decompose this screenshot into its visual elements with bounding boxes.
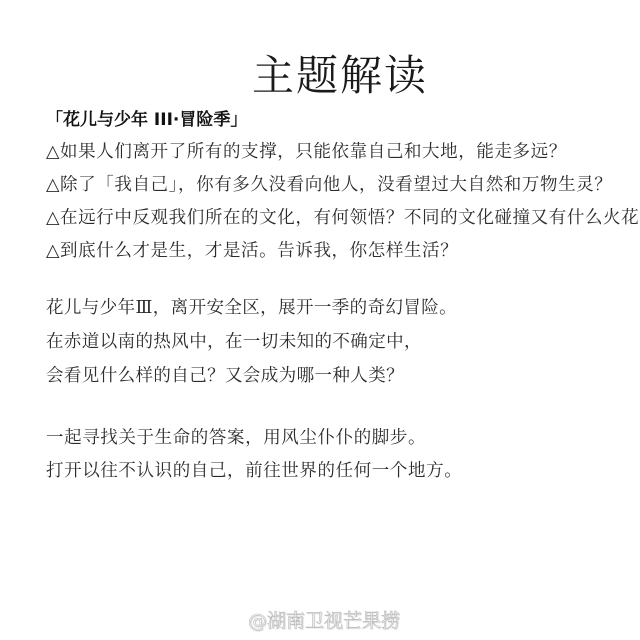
question-line: △到底什么才是生，才是活。告诉我，你怎样生活？ — [46, 239, 458, 263]
question-line: △如果人们离开了所有的支撑，只能依靠自己和大地，能走多远？ — [46, 140, 567, 164]
paragraph-line: 会看见什么样的自己？又会成为哪一种人类？ — [46, 364, 404, 388]
paragraph-line: 花儿与少年Ⅲ，离开安全区，展开一季的奇幻冒险。 — [46, 296, 457, 320]
paragraph-line: 一起寻找关于生命的答案，用风尘仆仆的脚步。 — [46, 426, 426, 450]
page-title: 主题解读 — [0, 48, 640, 104]
paragraph-line: 打开以往不认识的自己，前往世界的任何一个地方。 — [46, 459, 462, 483]
show-subtitle: 「花儿与少年 III·冒险季」 — [46, 108, 247, 132]
paragraph-line: 在赤道以南的热风中，在一切未知的不确定中， — [46, 330, 422, 354]
question-line: △除了「我自己」，你有多久没看向他人，没看望过大自然和万物生灵？ — [46, 173, 612, 197]
question-line: △在远行中反观我们所在的文化，有何领悟？不同的文化碰撞又有什么火花？ — [46, 206, 640, 230]
watermark: @湖南卫视芒果捞 — [248, 608, 400, 634]
